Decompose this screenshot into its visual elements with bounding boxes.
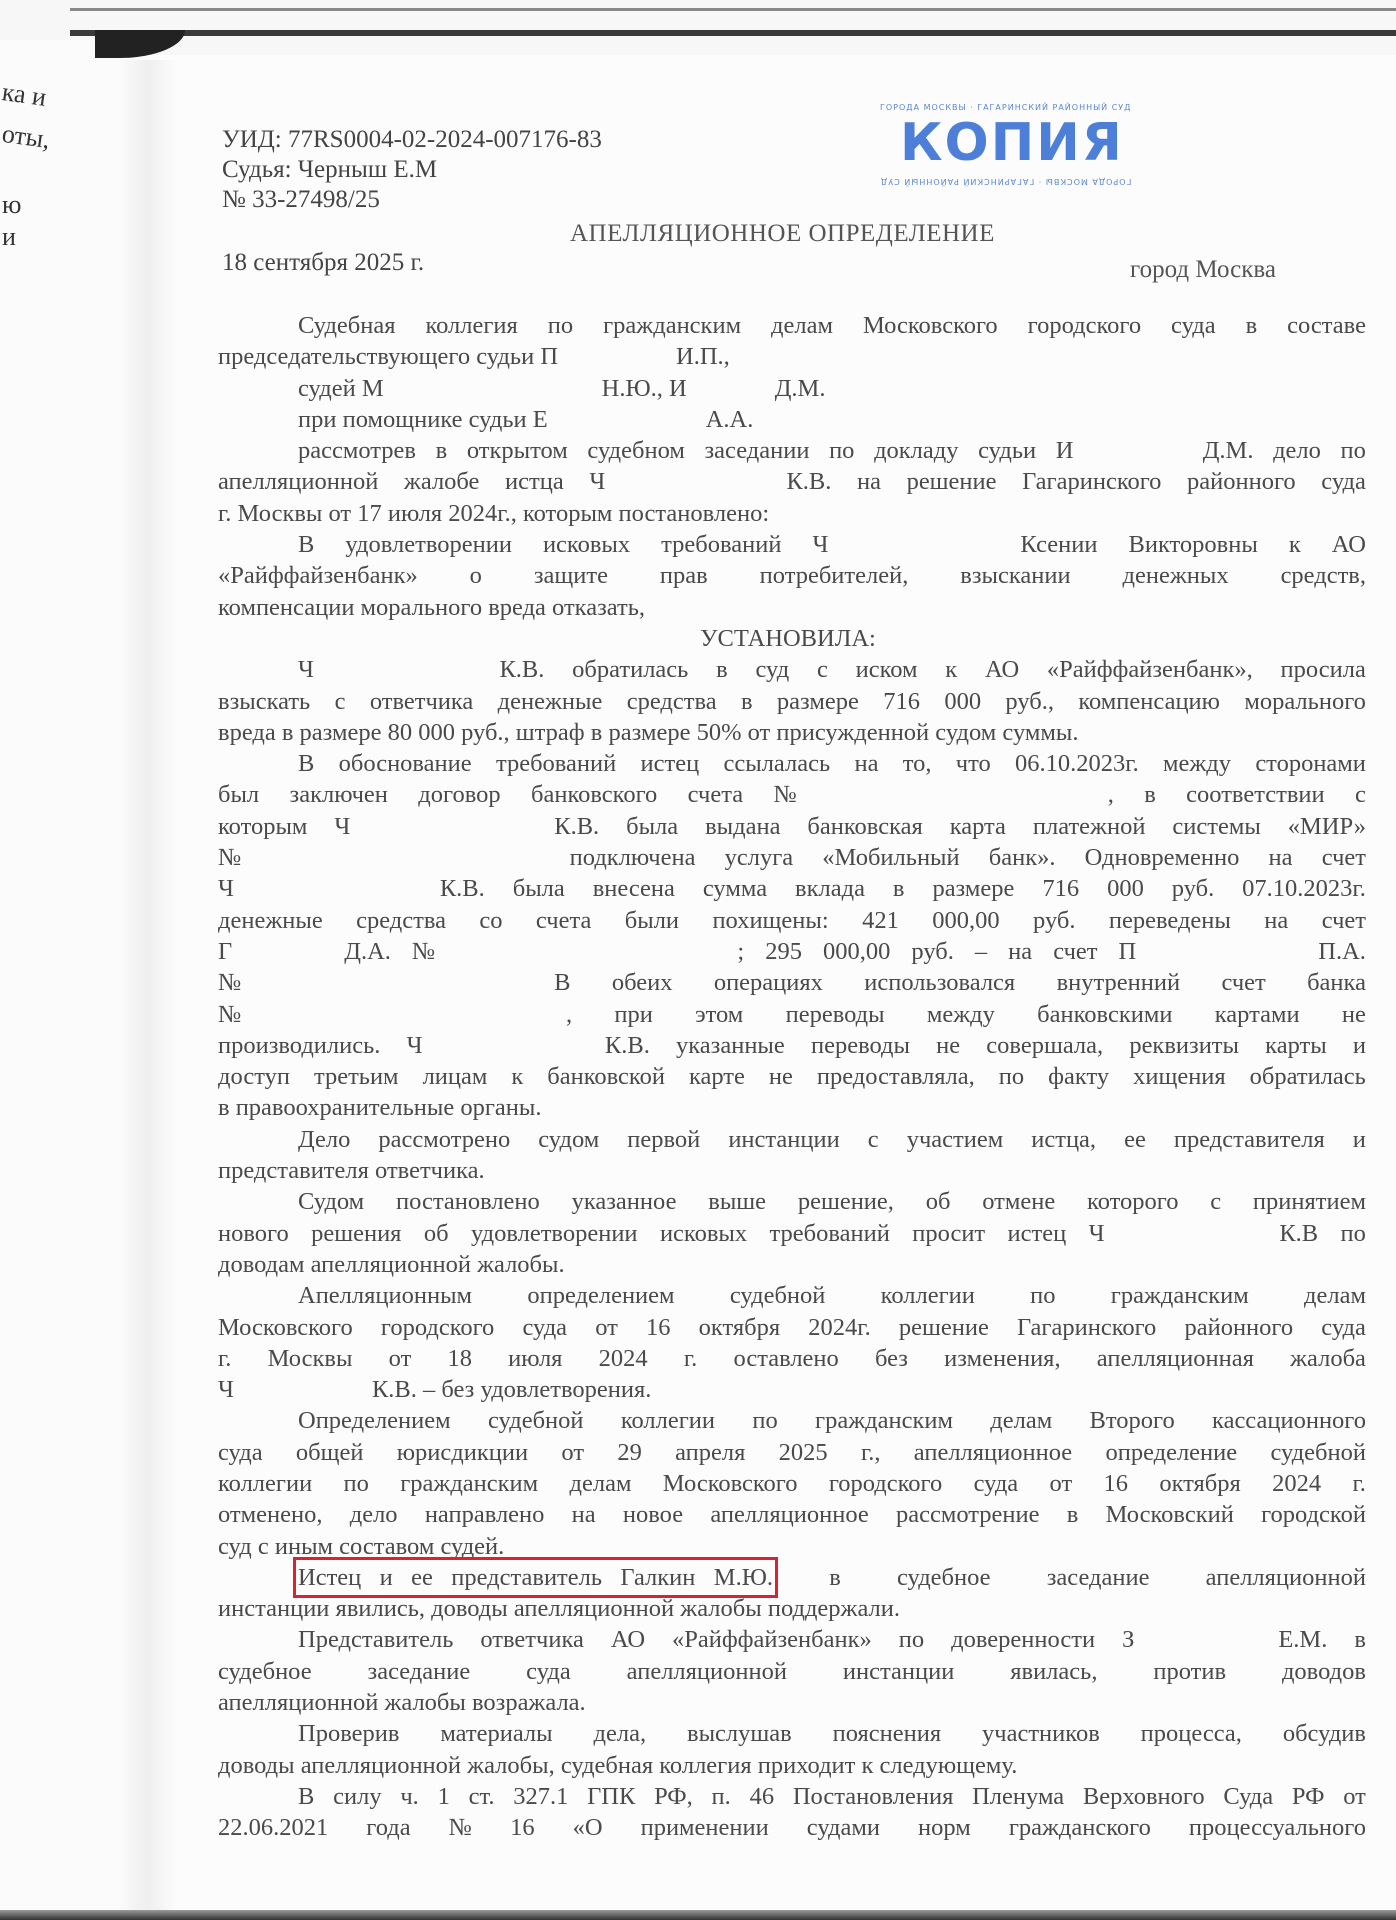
text-line: Вобоснованиетребованийистецссылаласьнато… bbox=[218, 748, 1366, 779]
word: Московского bbox=[863, 310, 998, 341]
word: с bbox=[817, 654, 828, 685]
text-run: УСТАНОВИЛА: bbox=[700, 623, 876, 654]
word: выслушав bbox=[687, 1718, 792, 1749]
word: от bbox=[1050, 1468, 1073, 1499]
word: карты bbox=[1265, 1030, 1327, 1061]
word: апелляционной bbox=[1206, 1562, 1366, 1593]
word: по bbox=[548, 310, 573, 341]
word: внутренний bbox=[1057, 967, 1181, 998]
text-line: судебноезаседаниесудаапелляционнойинстан… bbox=[218, 1656, 1366, 1687]
word: участием bbox=[907, 1124, 1004, 1155]
word: жалобе bbox=[404, 466, 480, 497]
word: 000,00 bbox=[932, 905, 999, 936]
word: с bbox=[1210, 1186, 1221, 1217]
word: средства bbox=[627, 686, 717, 717]
redaction bbox=[392, 373, 602, 399]
text-run: вреда в размере 80 000 руб., штраф в раз… bbox=[218, 717, 1079, 748]
redaction bbox=[566, 341, 676, 367]
text-run: суд с иным составом судей. bbox=[218, 1531, 504, 1562]
word: ст. bbox=[469, 1781, 495, 1812]
word: отмене bbox=[982, 1186, 1055, 1217]
text-run: судей М bbox=[298, 373, 384, 404]
word: обсудив bbox=[1283, 1718, 1366, 1749]
word: рассмотрено bbox=[378, 1124, 510, 1155]
word: делам bbox=[570, 1468, 632, 1499]
word: первой bbox=[627, 1124, 700, 1155]
word: коллегия bbox=[425, 310, 517, 341]
word: по bbox=[344, 1468, 369, 1499]
word: Второго bbox=[1090, 1405, 1175, 1436]
document-date: 18 сентября 2025 г. bbox=[222, 249, 424, 277]
word: реквизиты bbox=[1129, 1030, 1239, 1061]
word-gap bbox=[384, 373, 392, 404]
word: Ч bbox=[1089, 1218, 1105, 1249]
word: апелляционной bbox=[627, 1656, 787, 1687]
word: доступ bbox=[218, 1061, 290, 1092]
word: просит bbox=[912, 1218, 985, 1249]
word: Ч bbox=[298, 654, 314, 685]
redaction bbox=[827, 779, 1077, 805]
word: Д.А. bbox=[344, 936, 391, 967]
word: производились. bbox=[218, 1030, 380, 1061]
text-run: К.В. – без удовлетворения. bbox=[372, 1374, 651, 1405]
word: 16 bbox=[510, 1812, 535, 1843]
word: кассационного bbox=[1212, 1405, 1366, 1436]
text-line: коллегиипогражданскимделамМосковскогогор… bbox=[218, 1468, 1366, 1499]
word: «Райффайзенбанк» bbox=[672, 1624, 872, 1655]
text-run: Н.Ю., И bbox=[602, 373, 687, 404]
word: № bbox=[218, 842, 241, 873]
word: и bbox=[1353, 1030, 1366, 1061]
text-line: ГД.А.№;295000,00руб.–насчетПП.А. bbox=[218, 936, 1366, 967]
word: от bbox=[389, 1343, 412, 1374]
word: использовался bbox=[864, 967, 1015, 998]
word: материалы bbox=[440, 1718, 552, 1749]
word: суда bbox=[1321, 466, 1366, 497]
word: ГПК bbox=[587, 1781, 635, 1812]
text-run: Д.М. bbox=[775, 373, 826, 404]
scan-edge-top bbox=[70, 8, 1396, 11]
word: , bbox=[1108, 779, 1114, 810]
text-run: инстанции явились, доводы апелляционной … bbox=[218, 1593, 900, 1624]
text-line: при помощнике судьи ЕА.А. bbox=[218, 404, 1366, 435]
word: рассмотрев bbox=[298, 435, 416, 466]
text-line: 22.06.2021года№16«Оприменениисудаминормг… bbox=[218, 1812, 1366, 1843]
word: на bbox=[572, 1499, 596, 1530]
word: руб. bbox=[911, 936, 953, 967]
word: соответствии bbox=[1186, 779, 1324, 810]
word: руб. bbox=[1172, 873, 1214, 904]
word: доверенности bbox=[951, 1624, 1095, 1655]
text-line: Делорассмотреносудомпервойинстанциисучас… bbox=[218, 1124, 1366, 1155]
text-run: А.А. bbox=[706, 404, 754, 435]
word: банковскими bbox=[1037, 999, 1172, 1030]
word: иском bbox=[856, 654, 918, 685]
word: процесса, bbox=[1141, 1718, 1242, 1749]
text-line: ЧК.В. – без удовлетворения. bbox=[218, 1374, 1366, 1405]
uid-line: УИД: 77RS0004-02-2024-007176-83 bbox=[222, 125, 602, 155]
word: банковская bbox=[807, 811, 922, 842]
word: П bbox=[1119, 936, 1137, 967]
word: истец bbox=[1008, 1218, 1067, 1249]
text-line: СудебнаяколлегияпогражданскимделамМосков… bbox=[218, 310, 1366, 341]
word: коллегии bbox=[881, 1280, 975, 1311]
judge-line: Судья: Черныш Е.М bbox=[222, 155, 602, 185]
text-line: вреда в размере 80 000 руб., штраф в раз… bbox=[218, 717, 1366, 748]
word: июля bbox=[508, 1343, 562, 1374]
word: истец bbox=[641, 748, 700, 779]
word: договор bbox=[418, 779, 500, 810]
word: по bbox=[1341, 1218, 1366, 1249]
word-gap bbox=[687, 373, 695, 404]
word: «Мобильный bbox=[822, 842, 959, 873]
word: против bbox=[1153, 1656, 1226, 1687]
case-number: № 33-27498/25 bbox=[222, 185, 602, 215]
redaction bbox=[253, 936, 323, 962]
word: вклада bbox=[795, 873, 865, 904]
scan-edge-bottom bbox=[0, 1910, 1396, 1920]
word: платежной bbox=[1033, 811, 1146, 842]
text-line: которымЧК.В.былавыданабанковскаякартапла… bbox=[218, 811, 1366, 842]
word: городского bbox=[381, 1312, 494, 1343]
word: применении bbox=[641, 1812, 769, 1843]
word: 327.1 bbox=[513, 1781, 568, 1812]
word: 18 bbox=[447, 1343, 472, 1374]
word: операциях bbox=[714, 967, 823, 998]
redaction bbox=[1093, 435, 1183, 461]
word: между bbox=[1163, 748, 1231, 779]
text-line: взыскатьсответчикаденежныесредствавразме… bbox=[218, 686, 1366, 717]
word: Дело bbox=[298, 1124, 350, 1155]
word: года bbox=[366, 1812, 410, 1843]
text-line: Проверивматериалыдела,выслушавпоясненияу… bbox=[218, 1718, 1366, 1749]
word: открытом bbox=[467, 435, 568, 466]
word: коллегии bbox=[621, 1405, 715, 1436]
word: была bbox=[513, 873, 565, 904]
word-gap bbox=[542, 1092, 550, 1123]
word: Москвы bbox=[268, 1343, 353, 1374]
word: гражданским bbox=[815, 1405, 953, 1436]
word: с bbox=[868, 1124, 879, 1155]
word: переводы bbox=[786, 999, 885, 1030]
stamp-ring-text: ГОРОДА МОСКВЫ · ГАГАРИНСКИЙ РАЙОННЫЙ СУД bbox=[880, 103, 1131, 112]
word: обратилась bbox=[1250, 1061, 1366, 1092]
word: переводы bbox=[811, 1030, 910, 1061]
redaction bbox=[695, 373, 775, 399]
word: услуга bbox=[725, 842, 794, 873]
word: представителя bbox=[1174, 1124, 1325, 1155]
word-gap bbox=[900, 1593, 908, 1624]
word: судьи bbox=[978, 435, 1036, 466]
word: была bbox=[626, 811, 678, 842]
text-line: судей МН.Ю., ИД.М. bbox=[218, 373, 1366, 404]
redaction bbox=[631, 466, 761, 492]
word: третьим bbox=[314, 1061, 399, 1092]
word: Ч bbox=[218, 873, 234, 904]
word: на bbox=[1269, 842, 1293, 873]
word: был bbox=[218, 779, 259, 810]
word: истца bbox=[505, 466, 564, 497]
word: размере bbox=[777, 686, 859, 717]
redaction bbox=[284, 999, 524, 1025]
word: морального bbox=[1244, 686, 1366, 717]
word: суд bbox=[755, 654, 789, 685]
text-line: новогорешенияобудовлетворенииисковыхтреб… bbox=[218, 1218, 1366, 1249]
word: счета bbox=[688, 779, 743, 810]
text-line: апелляционнойжалобеистцаЧК.В.нарешениеГа… bbox=[218, 466, 1366, 497]
word: к bbox=[945, 654, 957, 685]
word: № bbox=[218, 999, 241, 1030]
word: взыскать bbox=[218, 686, 310, 717]
word: средств, bbox=[1281, 560, 1366, 591]
word: хищения bbox=[1133, 1061, 1226, 1092]
document-body: СудебнаяколлегияпогражданскимделамМосков… bbox=[218, 310, 1366, 1844]
word: об bbox=[424, 1218, 449, 1249]
text-run: доводам апелляционной жалобы. bbox=[218, 1249, 565, 1280]
word: В bbox=[298, 1781, 314, 1812]
redaction bbox=[342, 654, 472, 680]
word: апелляционная bbox=[1097, 1343, 1254, 1374]
text-line: г. Москвы от 17 июля 2024г., которым пос… bbox=[218, 498, 1366, 529]
word-gap bbox=[769, 498, 777, 529]
word: в bbox=[829, 1562, 841, 1593]
word: требований bbox=[496, 748, 616, 779]
word: принятием bbox=[1253, 1186, 1366, 1217]
word: счета bbox=[536, 905, 591, 936]
word: указанные bbox=[676, 1030, 785, 1061]
word: в bbox=[716, 654, 728, 685]
word: компенсацию bbox=[1078, 686, 1220, 717]
word: «МИР» bbox=[1288, 811, 1366, 842]
word: факту bbox=[1048, 1061, 1109, 1092]
word: от bbox=[595, 1312, 618, 1343]
word-gap bbox=[651, 1374, 659, 1405]
word: в bbox=[1354, 1624, 1366, 1655]
word: решение, bbox=[798, 1186, 894, 1217]
copy-stamp: ГОРОДА МОСКВЫ · ГАГАРИНСКИЙ РАЙОННЫЙ СУД… bbox=[870, 101, 1115, 191]
word: к bbox=[511, 1061, 523, 1092]
word: 2024 bbox=[599, 1343, 648, 1374]
text-run: Ч bbox=[218, 1374, 234, 1405]
word: Постановления bbox=[793, 1781, 954, 1812]
text-line: ВудовлетворенииисковыхтребованийЧКсенииВ… bbox=[218, 529, 1366, 560]
word: по bbox=[1341, 435, 1366, 466]
word-gap bbox=[565, 1249, 573, 1280]
word: № bbox=[218, 967, 241, 998]
word: октября bbox=[1159, 1468, 1240, 1499]
word: между bbox=[927, 999, 995, 1030]
word: судом bbox=[538, 1124, 599, 1155]
word: судебной bbox=[1270, 1437, 1366, 1468]
word: явилась, bbox=[1010, 1656, 1097, 1687]
text-run: компенсации морального вреда отказать, bbox=[218, 592, 645, 623]
text-run: в правоохранительные органы. bbox=[218, 1092, 542, 1123]
word: и bbox=[1353, 1124, 1366, 1155]
text-line: судаобщейюрисдикцииот29апреля2025г.,апел… bbox=[218, 1437, 1366, 1468]
word: в bbox=[1144, 779, 1156, 810]
word: дела, bbox=[594, 1718, 647, 1749]
word: постановлено bbox=[396, 1186, 540, 1217]
word: октября bbox=[699, 1312, 780, 1343]
word: Верховного bbox=[1083, 1781, 1205, 1812]
word: инстанции bbox=[843, 1656, 954, 1687]
word: изменения, bbox=[944, 1343, 1060, 1374]
word: требований bbox=[770, 1218, 890, 1249]
word: П.А. bbox=[1318, 936, 1366, 967]
word: Г bbox=[218, 936, 232, 967]
word: АО bbox=[611, 1624, 645, 1655]
word: пояснения bbox=[833, 1718, 942, 1749]
word-gap bbox=[1079, 717, 1087, 748]
word: исковых bbox=[543, 529, 630, 560]
word: в bbox=[1246, 310, 1258, 341]
word: суда bbox=[1171, 310, 1216, 341]
word: счет bbox=[1322, 905, 1366, 936]
word: дело bbox=[350, 1499, 398, 1530]
text-run: апелляционной жалобы возражала. bbox=[218, 1687, 586, 1718]
word: г. bbox=[684, 1343, 697, 1374]
word: новое bbox=[623, 1499, 683, 1530]
word: Судом bbox=[298, 1186, 364, 1217]
word: 295 bbox=[765, 936, 802, 967]
word: участников bbox=[982, 1718, 1100, 1749]
text-line: №,приэтомпереводымеждубанковскимикартами… bbox=[218, 999, 1366, 1030]
word: о bbox=[470, 560, 482, 591]
word: 000 bbox=[1107, 873, 1144, 904]
prev-page-fragment: ка и bbox=[0, 77, 48, 113]
word: составе bbox=[1287, 310, 1366, 341]
redaction bbox=[377, 811, 527, 837]
word: системы bbox=[1172, 811, 1260, 842]
word: Апелляционным bbox=[298, 1280, 472, 1311]
text-line: компенсации морального вреда отказать, bbox=[218, 592, 1366, 623]
word: карта bbox=[950, 811, 1006, 842]
word: по bbox=[899, 1624, 924, 1655]
word: К.В. bbox=[605, 1030, 650, 1061]
word: К.В. bbox=[554, 811, 599, 842]
redaction bbox=[859, 529, 989, 555]
word: силу bbox=[333, 1781, 381, 1812]
text-run: при помощнике судьи Е bbox=[298, 404, 548, 435]
word: процессуального bbox=[1189, 1812, 1366, 1843]
word: не bbox=[1342, 999, 1366, 1030]
word: средства bbox=[356, 905, 446, 936]
word: Гагаринского bbox=[1017, 1312, 1156, 1343]
word: удовлетворении bbox=[345, 529, 512, 560]
redaction bbox=[283, 967, 513, 993]
word: городской bbox=[1261, 1499, 1366, 1530]
word: по bbox=[1030, 1280, 1055, 1311]
word-gap bbox=[876, 623, 884, 654]
text-line: ПредставительответчикаАО«Райффайзенбанк»… bbox=[218, 1624, 1366, 1655]
text-line: былзаключендоговорбанковскогосчета№,всоо… bbox=[218, 779, 1366, 810]
word: ответчика bbox=[480, 1624, 583, 1655]
text-line: ЧК.В.обратиласьвсудсискомкАО«Райффайзенб… bbox=[218, 654, 1366, 685]
text-run: представителя ответчика. bbox=[218, 1155, 485, 1186]
text-run: доводы апелляционной жалобы, судебная ко… bbox=[218, 1750, 1017, 1781]
word: судебное bbox=[897, 1562, 991, 1593]
redaction bbox=[262, 873, 412, 899]
word: районного bbox=[1184, 1312, 1293, 1343]
word-gap bbox=[586, 1687, 594, 1718]
word-gap bbox=[645, 592, 653, 623]
prev-page-fragment: ю bbox=[2, 190, 21, 220]
word: лицам bbox=[423, 1061, 488, 1092]
word: городского bbox=[829, 1468, 942, 1499]
word: районного bbox=[1187, 466, 1296, 497]
word: отменено, bbox=[218, 1499, 322, 1530]
word: с bbox=[335, 686, 346, 717]
word: делам bbox=[1304, 1280, 1366, 1311]
word: со bbox=[479, 905, 502, 936]
document-page: УИД: 77RS0004-02-2024-007176-83 Судья: Ч… bbox=[150, 55, 1396, 1910]
text-line: рассмотреввоткрытомсудебномзаседанииподо… bbox=[218, 435, 1366, 466]
word: в bbox=[741, 686, 753, 717]
word: обеих bbox=[612, 967, 673, 998]
word: просила bbox=[1281, 654, 1366, 685]
word: денежные bbox=[218, 905, 323, 936]
redaction bbox=[1127, 1218, 1257, 1244]
word: общей bbox=[296, 1437, 364, 1468]
word: городского bbox=[1028, 310, 1141, 341]
word: К.В bbox=[1279, 1218, 1318, 1249]
word: при bbox=[614, 999, 652, 1030]
word: руб. bbox=[1033, 905, 1075, 936]
stamp-ring-text: ГОРОДА МОСКВЫ · ГАГАРИНСКИЙ РАЙОННЫЙ СУД bbox=[880, 177, 1131, 186]
text-line: представителя ответчика. bbox=[218, 1155, 1366, 1186]
document-city: город Москва bbox=[1130, 256, 1276, 284]
text-line: апелляционной жалобы возражала. bbox=[218, 1687, 1366, 1718]
redaction bbox=[449, 1030, 579, 1056]
text-line: Апелляционнымопределениемсудебнойколлеги… bbox=[218, 1280, 1366, 1311]
word: то, bbox=[903, 748, 932, 779]
word: об bbox=[926, 1186, 951, 1217]
word-gap bbox=[234, 1374, 242, 1405]
word: Гагаринского bbox=[1022, 466, 1161, 497]
word: Проверив bbox=[298, 1718, 399, 1749]
text-line: отменено,делонаправленонановоеапелляцион… bbox=[218, 1499, 1366, 1530]
text-line: председательствующего судьи ПИ.П., bbox=[218, 341, 1366, 372]
text-line: инстанции явились, доводы апелляционной … bbox=[218, 1593, 1366, 1624]
word: апелляционное bbox=[710, 1499, 868, 1530]
word: от bbox=[561, 1437, 584, 1468]
redaction bbox=[556, 404, 706, 430]
word: апреля bbox=[675, 1437, 745, 1468]
word: 46 bbox=[750, 1781, 775, 1812]
word: заседание bbox=[1047, 1562, 1150, 1593]
word: исковых bbox=[660, 1218, 747, 1249]
word: делам bbox=[990, 1405, 1052, 1436]
word: банка bbox=[1307, 967, 1366, 998]
highlighted-representative: Истец и ее представитель Галкин М.Ю. bbox=[298, 1562, 773, 1593]
word: 16 bbox=[646, 1312, 671, 1343]
text-line: доступтретьимлицамкбанковскойкартенепред… bbox=[218, 1061, 1366, 1092]
word: инстанции bbox=[728, 1124, 839, 1155]
word: Московского bbox=[218, 1312, 353, 1343]
text-line: в правоохранительные органы. bbox=[218, 1092, 1366, 1123]
word: к bbox=[1289, 529, 1301, 560]
word: 2024 bbox=[1272, 1468, 1321, 1499]
word: п. bbox=[712, 1781, 731, 1812]
text-line: «Райффайзенбанк»озащитеправпотребителей,… bbox=[218, 560, 1366, 591]
word: на bbox=[1264, 905, 1288, 936]
word: ответчика bbox=[370, 686, 473, 717]
word: Одновременно bbox=[1085, 842, 1240, 873]
text-line: Судомпостановленоуказанноевышерешение,об… bbox=[218, 1186, 1366, 1217]
word: АО bbox=[1332, 529, 1366, 560]
word-gap bbox=[730, 341, 738, 372]
word: 06.10.2023г. bbox=[1015, 748, 1139, 779]
